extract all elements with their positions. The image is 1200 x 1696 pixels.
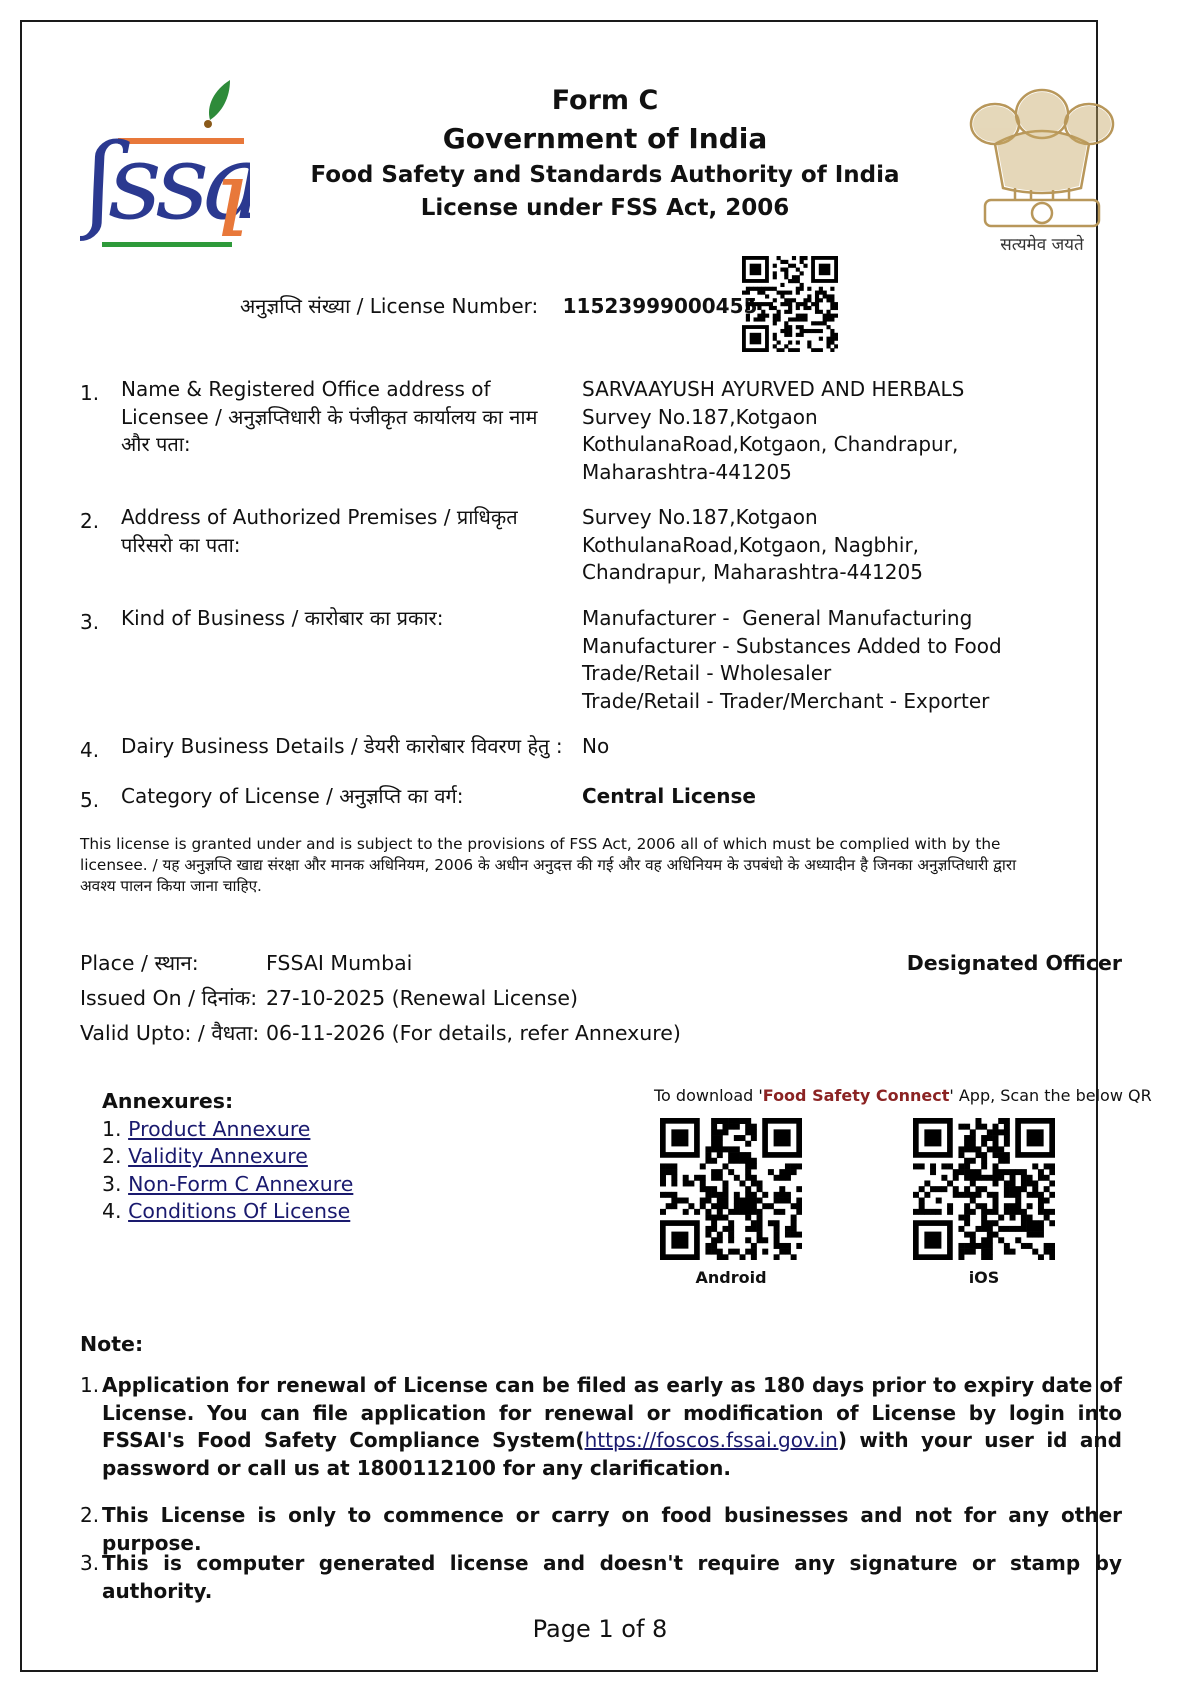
license-qr-code [742,256,838,352]
detail-value: Survey No.187,KotgaonKothulanaRoad,Kotga… [582,504,1062,587]
document-header: Form C Government of India Food Safety a… [300,82,910,224]
authority-title: Food Safety and Standards Authority of I… [300,158,910,192]
annexure-link-non-form-c[interactable]: Non-Form C Annexure [128,1172,353,1196]
license-category-value: Central License [582,783,1062,811]
annexure-link-conditions[interactable]: Conditions Of License [128,1199,350,1223]
detail-label: Name & Registered Office address of Lice… [121,376,551,459]
annexures-list: Annexures: 1. Product Annexure 2. Validi… [102,1088,353,1226]
license-act-title: License under FSS Act, 2006 [300,192,910,224]
fssai-logo: ʃssa ı [80,78,250,248]
detail-label: Category of License / अनुज्ञप्ति का वर्ग… [121,783,551,811]
detail-value: No [582,733,1062,761]
license-number-label: अनुज्ञप्ति संख्या / License Number: [240,292,538,319]
svg-text:ı: ı [214,134,249,248]
detail-label: Address of Authorized Premises / प्राधिक… [121,504,551,559]
annexures-title: Annexures: [102,1088,353,1116]
svg-text:सत्यमेव जयते: सत्यमेव जयते [1000,234,1084,253]
detail-label: Dairy Business Details / डेयरी कारोबार व… [121,733,591,761]
foscos-link[interactable]: https://foscos.fssai.gov.in [585,1428,838,1452]
note-item-renewal: 1. Application for renewal of License ca… [80,1372,1122,1482]
app-name: Food Safety Connect [763,1086,950,1105]
note-item-computer-generated: 3. This is computer generated license an… [80,1550,1122,1605]
note-title: Note: [80,1332,143,1356]
annexure-link-validity[interactable]: Validity Annexure [128,1144,308,1168]
ios-label: iOS [913,1268,1055,1287]
valid-value: 06-11-2026 (For details, refer Annexure) [266,1016,681,1051]
ios-qr-code [913,1118,1055,1260]
license-number-value: 11523999000455 [563,294,758,318]
government-title: Government of India [300,120,910,158]
detail-value: Manufacturer - General ManufacturingManu… [582,605,1062,715]
grant-statement: This license is granted under and is sub… [80,834,1040,897]
detail-value: SARVAAYUSH AYURVED AND HERBALSSurvey No.… [582,376,1062,486]
designated-officer: Designated Officer [900,946,1122,981]
android-qr-code [660,1118,802,1260]
place-value: FSSAI Mumbai [266,946,412,981]
android-label: Android [660,1268,802,1287]
annexure-link-product[interactable]: Product Annexure [128,1117,310,1141]
issued-value: 27-10-2025 (Renewal License) [266,981,578,1016]
app-download-caption: To download 'Food Safety Connect' App, S… [654,1086,1130,1105]
form-title: Form C [300,82,910,120]
detail-label: Kind of Business / कारोबार का प्रकार: [121,605,551,633]
national-emblem-icon: सत्यमेव जयते [955,78,1130,253]
page-number: Page 1 of 8 [0,1615,1200,1643]
license-number-row: अनुज्ञप्ति संख्या / License Number: 1152… [240,292,757,319]
note-item-purpose: 2. This License is only to commence or c… [80,1502,1122,1557]
